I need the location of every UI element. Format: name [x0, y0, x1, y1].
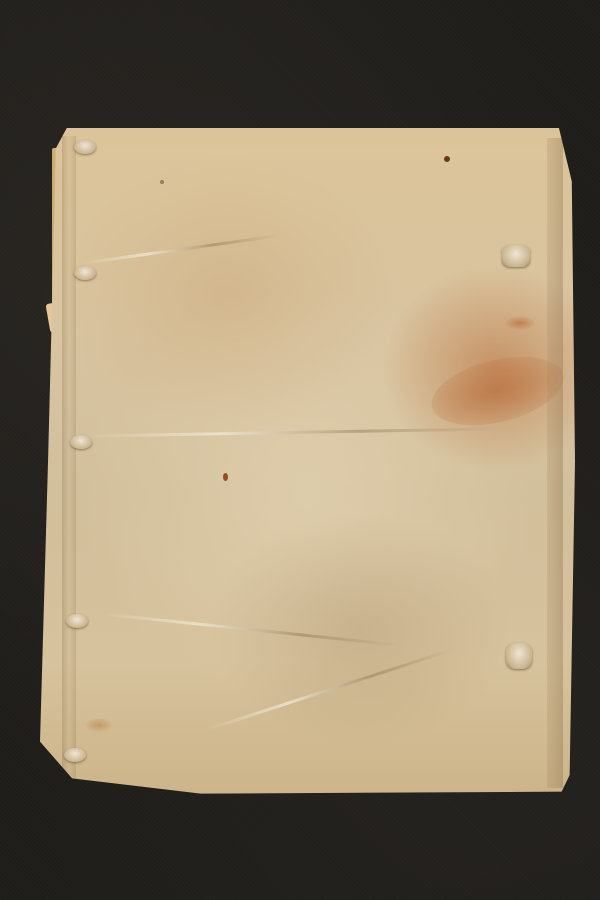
tie-hole — [74, 266, 96, 280]
tie-hole — [64, 748, 86, 762]
tie-hole — [506, 643, 532, 669]
brown-stain-small — [505, 316, 535, 330]
spot — [444, 156, 450, 162]
crease-bottom — [206, 648, 454, 731]
spine-fold — [62, 136, 76, 786]
faint-stain — [85, 718, 113, 732]
vellum-book — [40, 128, 575, 795]
crease-middle — [80, 427, 500, 437]
tie-hole — [74, 140, 96, 154]
spot — [223, 473, 228, 481]
spot — [160, 180, 164, 184]
tie-hole — [66, 614, 88, 628]
tie-hole — [502, 245, 530, 267]
fore-edge-fold — [547, 138, 563, 788]
crease-lower — [101, 612, 400, 646]
crease-top — [81, 234, 279, 265]
book-cover — [40, 128, 575, 795]
tie-hole — [70, 435, 92, 449]
